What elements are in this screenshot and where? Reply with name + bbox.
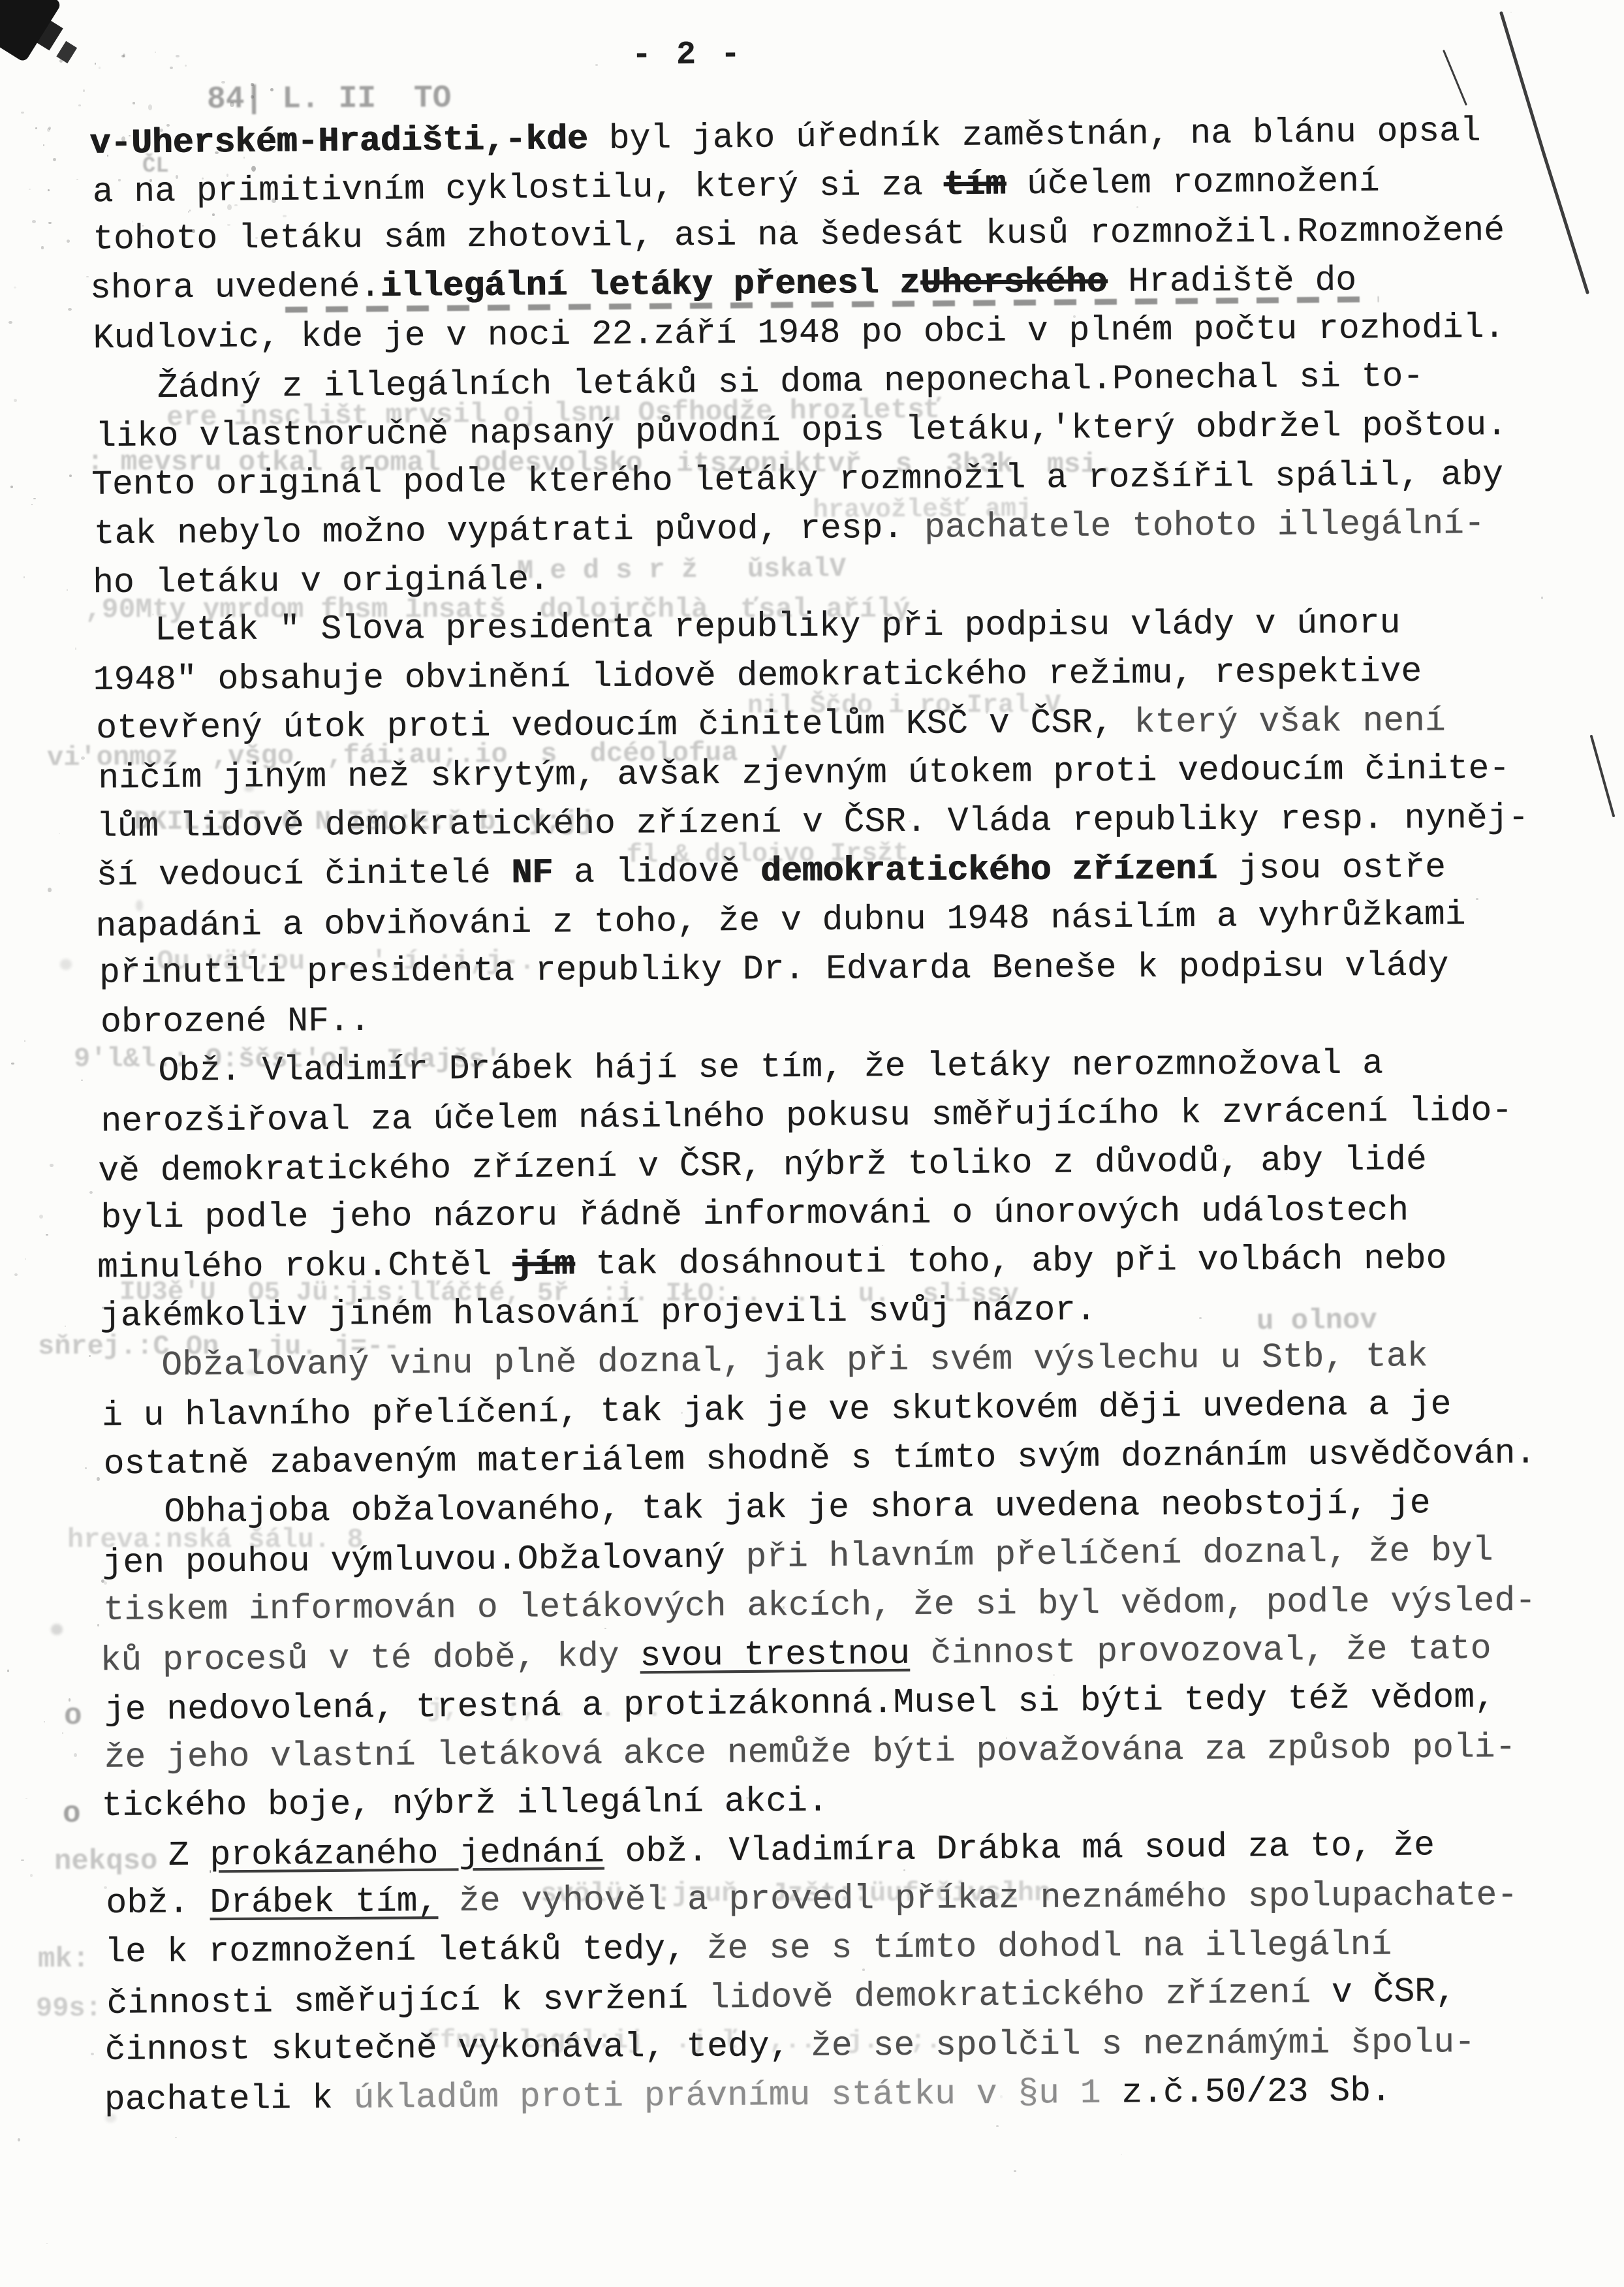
scan-speck [148, 104, 153, 110]
scan-speck [76, 179, 78, 181]
scan-speck [89, 1355, 91, 1356]
scan-speck [41, 246, 43, 249]
page-number: - 2 - [632, 36, 743, 74]
text-segment: činnost provozoval, že tato [910, 1629, 1491, 1673]
ink-bleed-ghost: 99s: [36, 1995, 102, 2022]
scan-speck [121, 55, 125, 57]
scan-blotch [60, 959, 72, 970]
text-segment: tak dosáhnouti toho, aby při volbách neb… [574, 1239, 1446, 1284]
scan-speck [31, 504, 33, 505]
scan-speck [89, 1191, 93, 1194]
text-segment: byli podle jeho názoru řádně informováni… [101, 1190, 1409, 1237]
text-segment: pachatele tohoto illegální- [924, 504, 1485, 547]
text-segment: ků procesů v té době, kdy [100, 1636, 640, 1680]
text-segment: úkladům proti právnímu státku v §u 1 [353, 2074, 1121, 2118]
text-segment: Drábek tím, [210, 1882, 438, 1922]
text-line: pachateli k úkladům proti právnímu státk… [104, 2065, 1624, 2124]
scan-speck [39, 1215, 43, 1219]
scan-speck [83, 89, 86, 91]
pen-stroke [1444, 51, 1466, 104]
text-segment: Kudlovic, kde je v noci 22.září 1948 po … [93, 308, 1505, 358]
scan-speck [48, 222, 51, 224]
scan-speck [270, 88, 273, 91]
scan-speck [123, 54, 125, 57]
text-segment: 1948" obsahuje obvinění lidově demokrati… [93, 652, 1422, 700]
text-segment: činnosti směřující k svržení [106, 1979, 709, 2023]
scan-speck [43, 144, 44, 146]
text-segment: jakémkoliv jiném hlasování projevili svů… [100, 1290, 1097, 1336]
scan-speck [97, 1624, 99, 1626]
text-segment: přinutili presidenta republiky Dr. Edvar… [99, 946, 1449, 993]
scan-speck [133, 102, 135, 104]
scan-speck [81, 756, 84, 760]
text-segment: účelem rozmnožení [1006, 162, 1380, 204]
ink-bleed-ghost: o [64, 1701, 82, 1731]
text-segment: jsou ostře [1217, 848, 1446, 888]
text-segment: Hradiště do [1107, 261, 1356, 302]
text-segment: Uherského [920, 262, 1108, 303]
scan-speck [21, 1859, 23, 1861]
scan-speck [75, 647, 76, 649]
scan-speck [97, 1477, 100, 1482]
scan-speck [33, 498, 35, 500]
scan-speck [221, 81, 225, 84]
scan-speck [8, 321, 12, 324]
text-segment: že jeho vlastní letáková akce nemůže být… [104, 1728, 1516, 1777]
scan-speck [91, 2053, 94, 2055]
text-segment: le k rozmnožení letáků tedy, [104, 1929, 707, 1972]
text-segment: pachateli k [104, 2079, 354, 2120]
text-line: činnost skutečně vykonával, tedy, že se … [105, 2017, 1624, 2075]
scan-speck [175, 2137, 177, 2138]
ink-bleed-ghost: o [63, 1799, 81, 1829]
text-segment: lům lidově demokratického zřízení v ČSR.… [97, 798, 1529, 847]
scan-speck [69, 475, 72, 477]
typewritten-text: v-Uherském-Hradišti,-kde byl jako úřední… [91, 107, 1624, 2125]
text-segment: že vyhověl a provedl příkaz neznámého sp… [438, 1876, 1518, 1921]
scan-speck [25, 1258, 27, 1260]
text-segment: tohoto letáku sám zhotovil, asi na šedes… [93, 211, 1505, 258]
scan-speck [59, 59, 63, 63]
text-segment: demokratického zřízení [760, 849, 1217, 891]
scanned-document-page: - 2 - v-Uherském-Hradišti,-kde byl jako … [0, 0, 1624, 2287]
scan-speck [99, 67, 101, 69]
scan-speck [74, 1753, 77, 1757]
scan-speck [14, 1273, 18, 1276]
scan-speck [251, 95, 253, 99]
scan-speck [185, 65, 187, 67]
text-segment: že se s tímto dohodl na illegální [707, 1925, 1392, 1968]
scan-speck [67, 589, 68, 591]
text-segment: shora uvedené. [90, 267, 381, 308]
scan-speck [14, 399, 17, 402]
text-line: tohoto letáku sám zhotovil, asi na šedes… [93, 206, 1614, 264]
scan-speck [67, 240, 70, 243]
text-line: obž. Drábek tím, že vyhověl a provedl př… [106, 1871, 1624, 1928]
text-segment: ničím jiným než skrytým, avšak zjevným ú… [98, 749, 1510, 798]
text-segment: liko vlastnoručně napsaný původní opis l… [95, 405, 1507, 456]
text-line: lům lidově demokratického zřízení v ČSR.… [97, 793, 1617, 852]
scan-speck [30, 1874, 33, 1877]
scan-speck [48, 189, 49, 191]
scan-speck [48, 127, 51, 130]
text-segment: Obž. Vladimír Drábek hájí se tím, že let… [158, 1044, 1383, 1091]
text-segment: Tento originál podle kterého letáky rozm… [91, 455, 1503, 504]
text-segment: obž. Vladimíra Drábka má soud za to, že [604, 1826, 1435, 1871]
scan-speck [68, 308, 72, 311]
text-segment: a na primitivním cyklostilu, který si za [93, 165, 944, 211]
text-segment: ší vedoucí činitelé [96, 854, 511, 895]
text-segment: který však není [1134, 701, 1445, 742]
scan-speck [23, 576, 25, 578]
scan-blotch [51, 1624, 63, 1635]
scan-speck [25, 1798, 27, 1799]
scan-speck [35, 127, 37, 129]
text-segment: lidově demokratického zřízení [709, 1973, 1311, 2017]
text-segment: v ČSR, [1311, 1972, 1456, 2012]
scan-speck [29, 189, 31, 190]
scan-speck [14, 287, 16, 288]
text-segment: z.č.50/23 Sb. [1121, 2072, 1392, 2113]
scan-speck [10, 486, 13, 488]
scan-speck [62, 1732, 63, 1734]
text-segment: otevřený útok proti vedoucím činitelům K… [96, 703, 1134, 748]
ink-bleed-ghost: mk: [38, 1945, 89, 1974]
text-segment: obrozené NF.. [101, 1001, 371, 1042]
text-segment: tiskem informován o letákových akcích, ž… [103, 1581, 1536, 1630]
scan-speck [155, 52, 157, 53]
text-segment: ho letáku v originále. [93, 560, 550, 602]
scan-speck [50, 1164, 54, 1167]
text-segment: Žádný z illegálních letáků si doma nepon… [157, 357, 1424, 408]
text-segment: illegální letáky přenesl z [381, 264, 920, 306]
text-segment: Obžalovaný vinu plně doznal, jak při své… [161, 1337, 1428, 1385]
text-segment: v-Uherském-Hradišti,-kde [90, 119, 610, 163]
scan-speck [230, 102, 234, 106]
text-segment: NF [512, 853, 554, 892]
scan-speck [95, 63, 97, 65]
scan-speck [251, 83, 253, 86]
text-segment: je nedovolená, trestná a protizákonná.Mu… [104, 1677, 1495, 1730]
scan-speck [85, 1467, 86, 1469]
text-segment: Obhajoba obžalovaného, tak jak je shora … [164, 1484, 1430, 1532]
scan-speck [1014, 2170, 1016, 2172]
scan-speck [81, 1080, 83, 1081]
text-segment: činnost skutečně vykonával, tedy, [105, 2027, 811, 2070]
text-segment: při hlavním přelíčení doznal, že byl [745, 1531, 1493, 1577]
scan-speck [86, 276, 88, 277]
scan-speck [176, 55, 180, 57]
scan-speck [7, 1670, 9, 1672]
scan-speck [996, 2125, 999, 2127]
text-segment: minulého roku.Chtěl [97, 1245, 513, 1287]
text-segment: a lidově [553, 852, 760, 892]
scan-speck [1510, 12, 1512, 13]
text-segment: ostatně zabaveným materiálem shodně s tí… [103, 1433, 1536, 1484]
text-segment: vě demokratického zřízení v ČSR, nýbrž t… [98, 1140, 1427, 1191]
scan-speck [78, 104, 81, 106]
scan-speck [170, 67, 173, 69]
text-segment: napadáni a obviňováni z toho, že v dubnu… [95, 895, 1466, 946]
scan-speck [53, 158, 56, 162]
text-segment: Leták " Slova presidenta republiky při p… [155, 604, 1401, 650]
text-segment: obž. [106, 1883, 210, 1923]
scan-speck [24, 1040, 25, 1042]
text-segment: tického boje, nýbrž illegální akci. [101, 1782, 828, 1826]
text-segment: byl jako úředník zaměstnán, na blánu ops… [609, 112, 1481, 159]
scan-corner-artifact [0, 0, 62, 63]
scan-speck [595, 64, 598, 66]
ink-bleed-ghost: 84| L. II TO [207, 83, 452, 116]
text-line: 1948" obsahuje obvinění lidově demokrati… [93, 646, 1614, 705]
text-line: přinutili presidenta republiky Dr. Edvar… [99, 941, 1620, 998]
scan-speck [65, 1326, 67, 1327]
text-segment: jím [512, 1245, 575, 1284]
scan-speck [21, 112, 24, 114]
text-segment: tím [944, 164, 1007, 204]
text-segment: i u hlavního přelíčení, tak jak je ve sk… [102, 1385, 1452, 1436]
scan-speck [48, 888, 52, 892]
scan-speck [47, 128, 51, 132]
text-line: Leták " Slova presidenta republiky při p… [93, 598, 1614, 655]
scan-speck [32, 220, 36, 223]
text-line: obrozené NF.. [101, 989, 1621, 1047]
text-segment: jen pouhou výmluvou.Obžalovaný [102, 1538, 745, 1583]
scan-speck [1121, 2155, 1123, 2155]
text-segment: tak nebylo možno vypátrati původ, resp. [94, 508, 925, 554]
text-segment: prokázaného jednání [210, 1833, 604, 1875]
text-segment: Z [168, 1835, 210, 1875]
text-segment: že se spolčil s neznámými špolu- [811, 2023, 1475, 2066]
scan-speck [18, 2138, 20, 2141]
scan-speck [46, 1234, 48, 1236]
text-segment: svou trestnou [640, 1634, 910, 1676]
scan-speck [46, 2243, 48, 2244]
text-segment: nerozšiřoval za účelem násilného pokusu … [101, 1091, 1512, 1142]
scan-speck [11, 1063, 14, 1065]
scan-speck [69, 1698, 71, 1702]
scan-speck [59, 833, 60, 834]
scan-speck [44, 1721, 45, 1722]
